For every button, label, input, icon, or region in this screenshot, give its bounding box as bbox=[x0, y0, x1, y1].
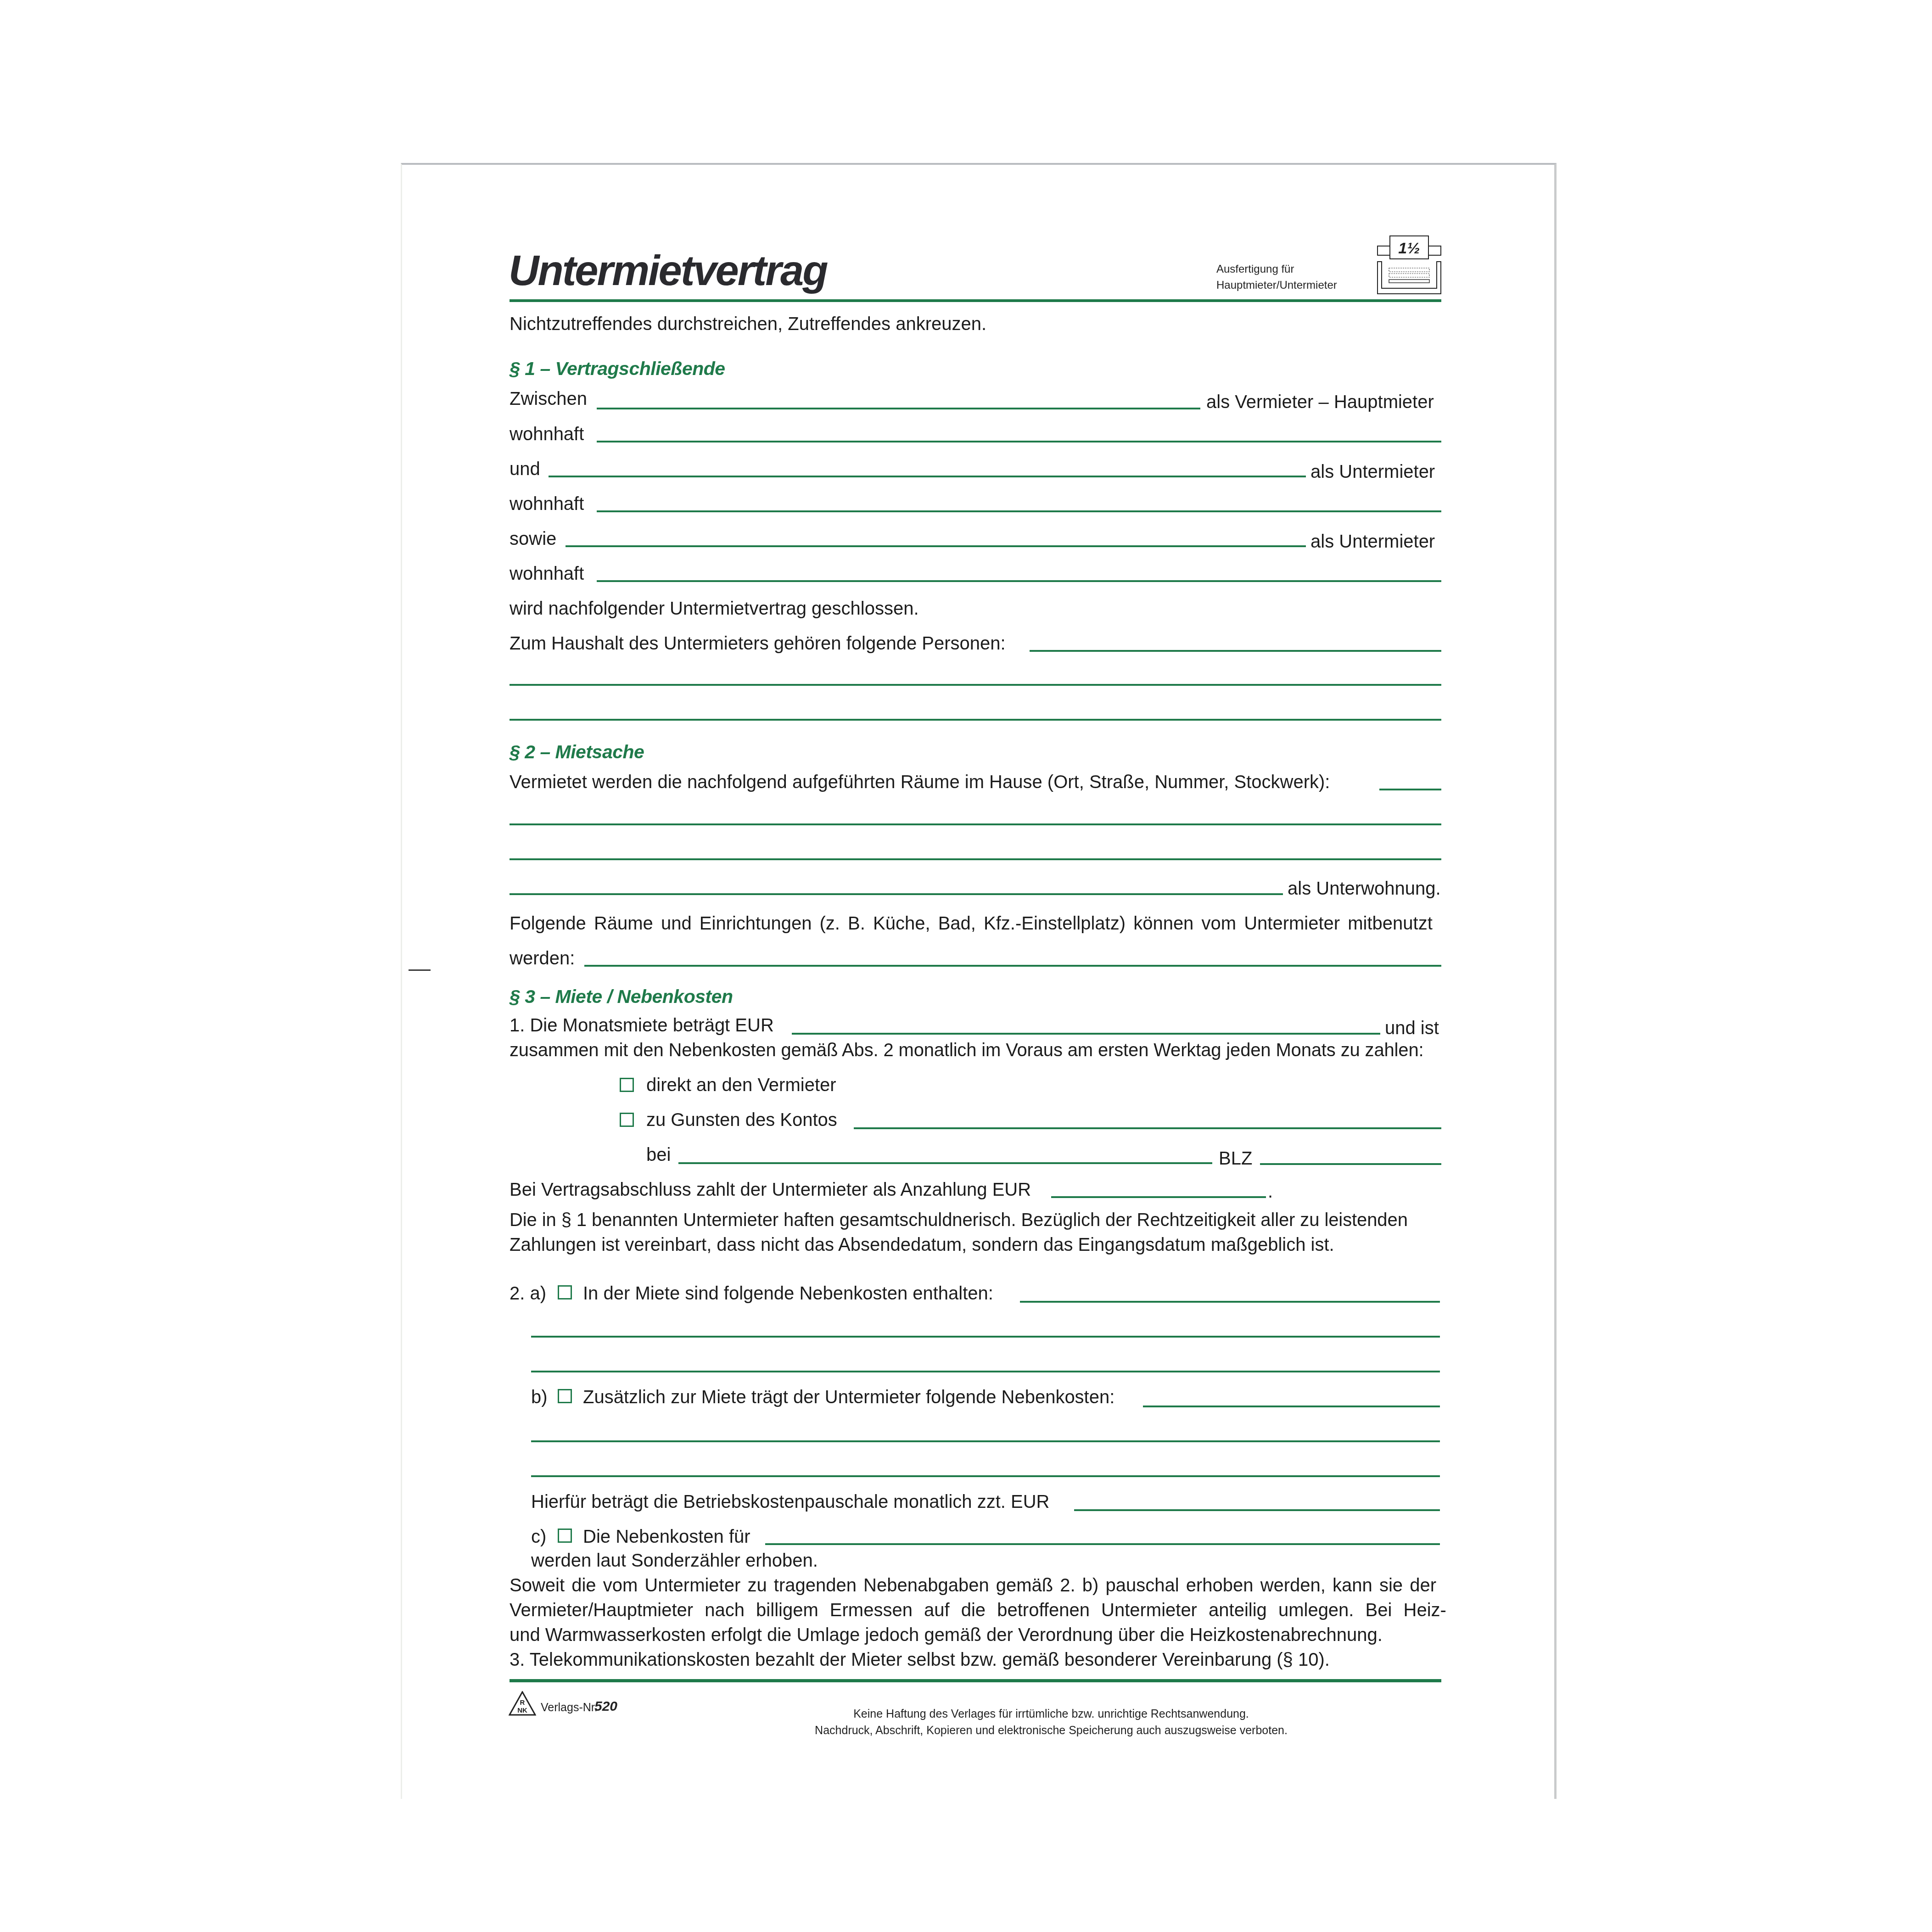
publisher-label: Verlags-Nr. bbox=[541, 1701, 598, 1714]
blz-label: BLZ bbox=[1219, 1148, 1252, 1170]
payment-account-checkbox[interactable] bbox=[620, 1113, 634, 1127]
typewriter-copy-icon: 1½ bbox=[1377, 235, 1441, 295]
between-label: Zwischen bbox=[510, 388, 587, 410]
svg-text:R: R bbox=[520, 1699, 525, 1707]
payment-account-label: zu Gunsten des Kontos bbox=[646, 1109, 837, 1131]
deposit-label: Bei Vertragsabschluss zahlt der Untermie… bbox=[510, 1179, 1031, 1201]
rooms-field-1[interactable] bbox=[1379, 789, 1441, 790]
utilities-included-field-3[interactable] bbox=[531, 1371, 1440, 1372]
also-label: sowie bbox=[510, 528, 556, 550]
subtenant1-address-label: wohnhaft bbox=[510, 493, 584, 515]
flat-rate-amount-field[interactable] bbox=[1074, 1509, 1440, 1511]
rent-suffix: und ist bbox=[1385, 1017, 1439, 1039]
section1-heading: § 1 – Vertragschließende bbox=[510, 358, 725, 380]
subtenant2-address-field[interactable] bbox=[597, 580, 1441, 582]
utilities-included-field-1[interactable] bbox=[1020, 1301, 1440, 1303]
account-number-field[interactable] bbox=[854, 1127, 1441, 1129]
utilities-additional-field-1[interactable] bbox=[1143, 1406, 1440, 1407]
shared-rooms-label: Folgende Räume und Einrichtungen (z. B. … bbox=[510, 913, 1433, 935]
blz-field[interactable] bbox=[1260, 1163, 1441, 1165]
separate-meter-checkbox[interactable] bbox=[558, 1529, 572, 1543]
footer-rule bbox=[510, 1679, 1441, 1682]
household-label: Zum Haushalt des Untermieters gehören fo… bbox=[510, 633, 1006, 655]
document-title: Untermietvertrag bbox=[509, 247, 827, 295]
household-field-1[interactable] bbox=[1030, 650, 1441, 652]
rent-label: 1. Die Monatsmiete beträgt EUR bbox=[510, 1014, 774, 1036]
disclaimer-line-1: Keine Haftung des Verlages für irrtümlic… bbox=[780, 1708, 1322, 1721]
utilities-included-checkbox[interactable] bbox=[558, 1285, 572, 1299]
bank-label: bei bbox=[646, 1144, 671, 1166]
subtenant2-address-label: wohnhaft bbox=[510, 563, 584, 585]
liability-text-1: Die in § 1 benannten Untermieter haften … bbox=[510, 1209, 1408, 1231]
landlord-name-field[interactable] bbox=[597, 408, 1200, 409]
subtenant1-address-field[interactable] bbox=[597, 510, 1441, 512]
svg-text:NK: NK bbox=[517, 1707, 527, 1714]
utilities-additional-field-2[interactable] bbox=[531, 1440, 1440, 1442]
item-2c-number: c) bbox=[531, 1526, 546, 1548]
contract-concluded-text: wird nachfolgender Untermietvertrag gesc… bbox=[510, 598, 919, 620]
separate-meter-text: werden laut Sonderzähler erhoben. bbox=[531, 1550, 818, 1572]
liability-text-2: Zahlungen ist vereinbart, dass nicht das… bbox=[510, 1234, 1334, 1256]
utilities-included-label: In der Miete sind folgende Nebenkosten e… bbox=[583, 1282, 993, 1305]
allocation-text-2: Vermieter/Hauptmieter nach billigem Erme… bbox=[510, 1599, 1446, 1621]
item-2b-number: b) bbox=[531, 1386, 548, 1408]
utilities-additional-field-3[interactable] bbox=[531, 1475, 1440, 1477]
rent-terms-text: zusammen mit den Nebenkosten gemäß Abs. … bbox=[510, 1039, 1423, 1061]
deposit-amount-field[interactable] bbox=[1051, 1196, 1266, 1198]
household-field-3[interactable] bbox=[510, 719, 1441, 721]
subtenant2-name-field[interactable] bbox=[566, 545, 1306, 547]
utilities-additional-checkbox[interactable] bbox=[558, 1389, 572, 1403]
rooms-label: Vermietet werden die nachfolgend aufgefü… bbox=[510, 771, 1330, 793]
rooms-field-2[interactable] bbox=[510, 823, 1441, 825]
landlord-address-label: wohnhaft bbox=[510, 423, 584, 445]
header-rule bbox=[510, 299, 1441, 302]
rooms-field-4[interactable] bbox=[510, 893, 1283, 895]
monthly-rent-field[interactable] bbox=[792, 1033, 1380, 1035]
item-2a-number: 2. a) bbox=[510, 1282, 546, 1305]
separate-meter-label: Die Nebenkosten für bbox=[583, 1526, 750, 1548]
section3-heading: § 3 – Miete / Nebenkosten bbox=[510, 986, 733, 1008]
subtenant2-role-label: als Untermieter bbox=[1310, 531, 1435, 553]
fold-mark bbox=[409, 969, 431, 971]
subflat-label: als Unterwohnung. bbox=[1288, 878, 1441, 900]
allocation-text-1: Soweit die vom Untermieter zu tragenden … bbox=[510, 1574, 1436, 1596]
landlord-address-field[interactable] bbox=[597, 441, 1441, 442]
deposit-period: . bbox=[1268, 1181, 1273, 1203]
shared-rooms-label-2: werden: bbox=[510, 947, 575, 969]
svg-text:1½: 1½ bbox=[1398, 240, 1420, 257]
utilities-additional-label: Zusätzlich zur Miete trägt der Untermiet… bbox=[583, 1386, 1114, 1408]
payment-direct-label: direkt an den Vermieter bbox=[646, 1074, 836, 1096]
copy-for-recipients: Hauptmieter/Untermieter bbox=[1216, 278, 1337, 293]
subtenant1-name-field[interactable] bbox=[549, 476, 1306, 477]
bank-name-field[interactable] bbox=[678, 1162, 1212, 1164]
rooms-field-3[interactable] bbox=[510, 858, 1441, 860]
household-field-2[interactable] bbox=[510, 684, 1441, 686]
publisher-number: 520 bbox=[594, 1699, 617, 1714]
section2-heading: § 2 – Mietsache bbox=[510, 741, 644, 763]
and-label: und bbox=[510, 458, 540, 480]
allocation-text-3: und Warmwasserkosten erfolgt die Umlage … bbox=[510, 1624, 1383, 1646]
landlord-role-label: als Vermieter – Hauptmieter bbox=[1206, 391, 1434, 413]
telecom-text: 3. Telekommunikationskosten bezahlt der … bbox=[510, 1649, 1330, 1671]
copy-for-label: Ausfertigung für bbox=[1216, 262, 1294, 277]
separate-meter-field[interactable] bbox=[765, 1543, 1440, 1545]
rnk-triangle-logo-icon: R NK bbox=[509, 1691, 536, 1716]
payment-direct-checkbox[interactable] bbox=[620, 1078, 634, 1092]
flat-rate-label: Hierfür beträgt die Betriebskostenpausch… bbox=[531, 1491, 1049, 1513]
subtenant1-role-label: als Untermieter bbox=[1310, 461, 1435, 483]
disclaimer-line-2: Nachdruck, Abschrift, Kopieren und elekt… bbox=[734, 1724, 1368, 1737]
shared-rooms-field[interactable] bbox=[584, 965, 1441, 967]
utilities-included-field-2[interactable] bbox=[531, 1336, 1440, 1338]
instruction-text: Nichtzutreffendes durchstreichen, Zutref… bbox=[510, 313, 986, 335]
